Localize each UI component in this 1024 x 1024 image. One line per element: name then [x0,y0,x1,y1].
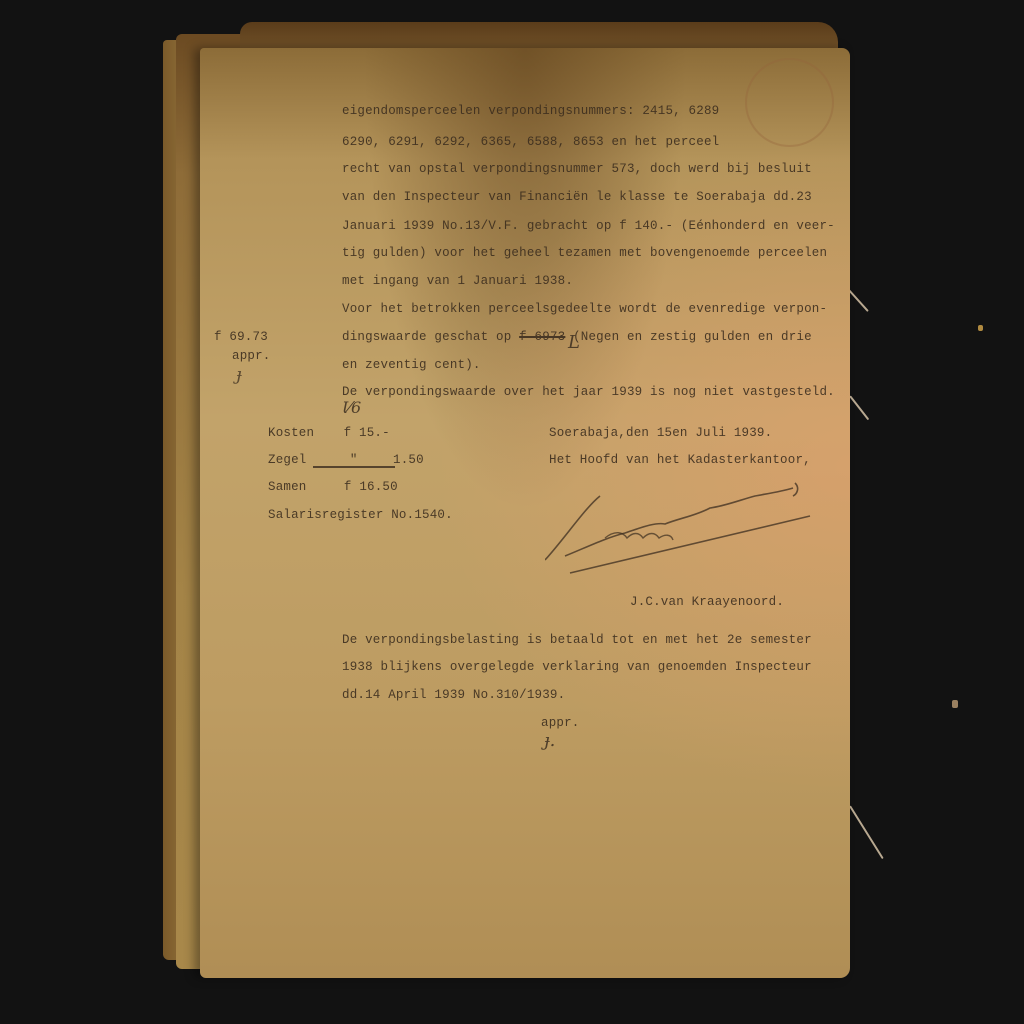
cost-label: Samen [268,480,307,494]
cost-currency: f [344,426,352,440]
body-line: De verpondingswaarde over het jaar 1939 … [342,385,835,399]
footnote-initials: ɟ. [544,730,555,751]
signatory-name: J.C.van Kraayenoord. [630,595,784,609]
handwritten-mark: Ɩ⁄6 [342,398,361,417]
footnote-line: dd.14 April 1939 No.310/1939. [342,688,565,702]
cost-row-kosten: Kosten f 15.- [268,426,390,440]
cost-currency: f [344,480,352,494]
salary-register: Salarisregister No.1540. [268,508,453,522]
body-line: van den Inspecteur van Financiën le klas… [342,190,812,204]
sum-underline [313,466,395,468]
document-page: eigendomsperceelen verpondingsnummers: 2… [200,48,850,978]
margin-initials: ɟ [236,364,242,385]
handwritten-correction: L [568,332,580,353]
cost-value: 15.- [359,426,390,440]
cost-row-samen: Samen f 16.50 [268,480,398,494]
footnote-line: De verpondingsbelasting is betaald tot e… [342,633,812,647]
body-line: 6290, 6291, 6292, 6365, 6588, 8653 en he… [342,135,719,149]
binding-thread-2 [849,395,869,420]
office-title: Het Hoofd van het Kadasterkantoor, [549,453,811,467]
debris-speck [978,325,983,331]
cost-label: Zegel [268,453,307,467]
cost-row-zegel: Zegel " 1.50 [268,453,424,467]
binding-thread-1 [847,288,869,312]
body-line: Voor het betrokken perceelsgedeelte word… [342,302,827,316]
body-line: eigendomsperceelen verpondingsnummers: 2… [342,104,719,118]
binding-thread-3 [849,805,884,859]
cost-currency: " [350,453,358,467]
margin-amount: f 69.73 [214,330,268,344]
body-line: tig gulden) voor het geheel tezamen met … [342,246,827,260]
valuation-words: (Negen en zestig gulden en drie [573,330,812,344]
valuation-prefix: dingswaarde geschat op [342,330,511,344]
body-line: Januari 1939 No.13/V.F. gebracht op f 14… [342,219,835,233]
footnote-line: 1938 blijkens overgelegde verklaring van… [342,660,812,674]
footnote-approval: appr. [541,716,580,730]
cost-value: 16.50 [359,480,398,494]
cost-label: Kosten [268,426,314,440]
body-line: met ingang van 1 Januari 1938. [342,274,573,288]
cost-value: 1.50 [393,453,424,467]
body-line: en zeventig cent). [342,358,481,372]
body-line: recht van opstal verpondingsnummer 573, … [342,162,812,176]
struck-amount: f 6973 [519,330,565,344]
place-date: Soerabaja,den 15en Juli 1939. [549,426,772,440]
faded-stamp-seal [745,58,834,147]
debris-speck [952,700,958,708]
margin-approval: appr. [232,349,271,363]
